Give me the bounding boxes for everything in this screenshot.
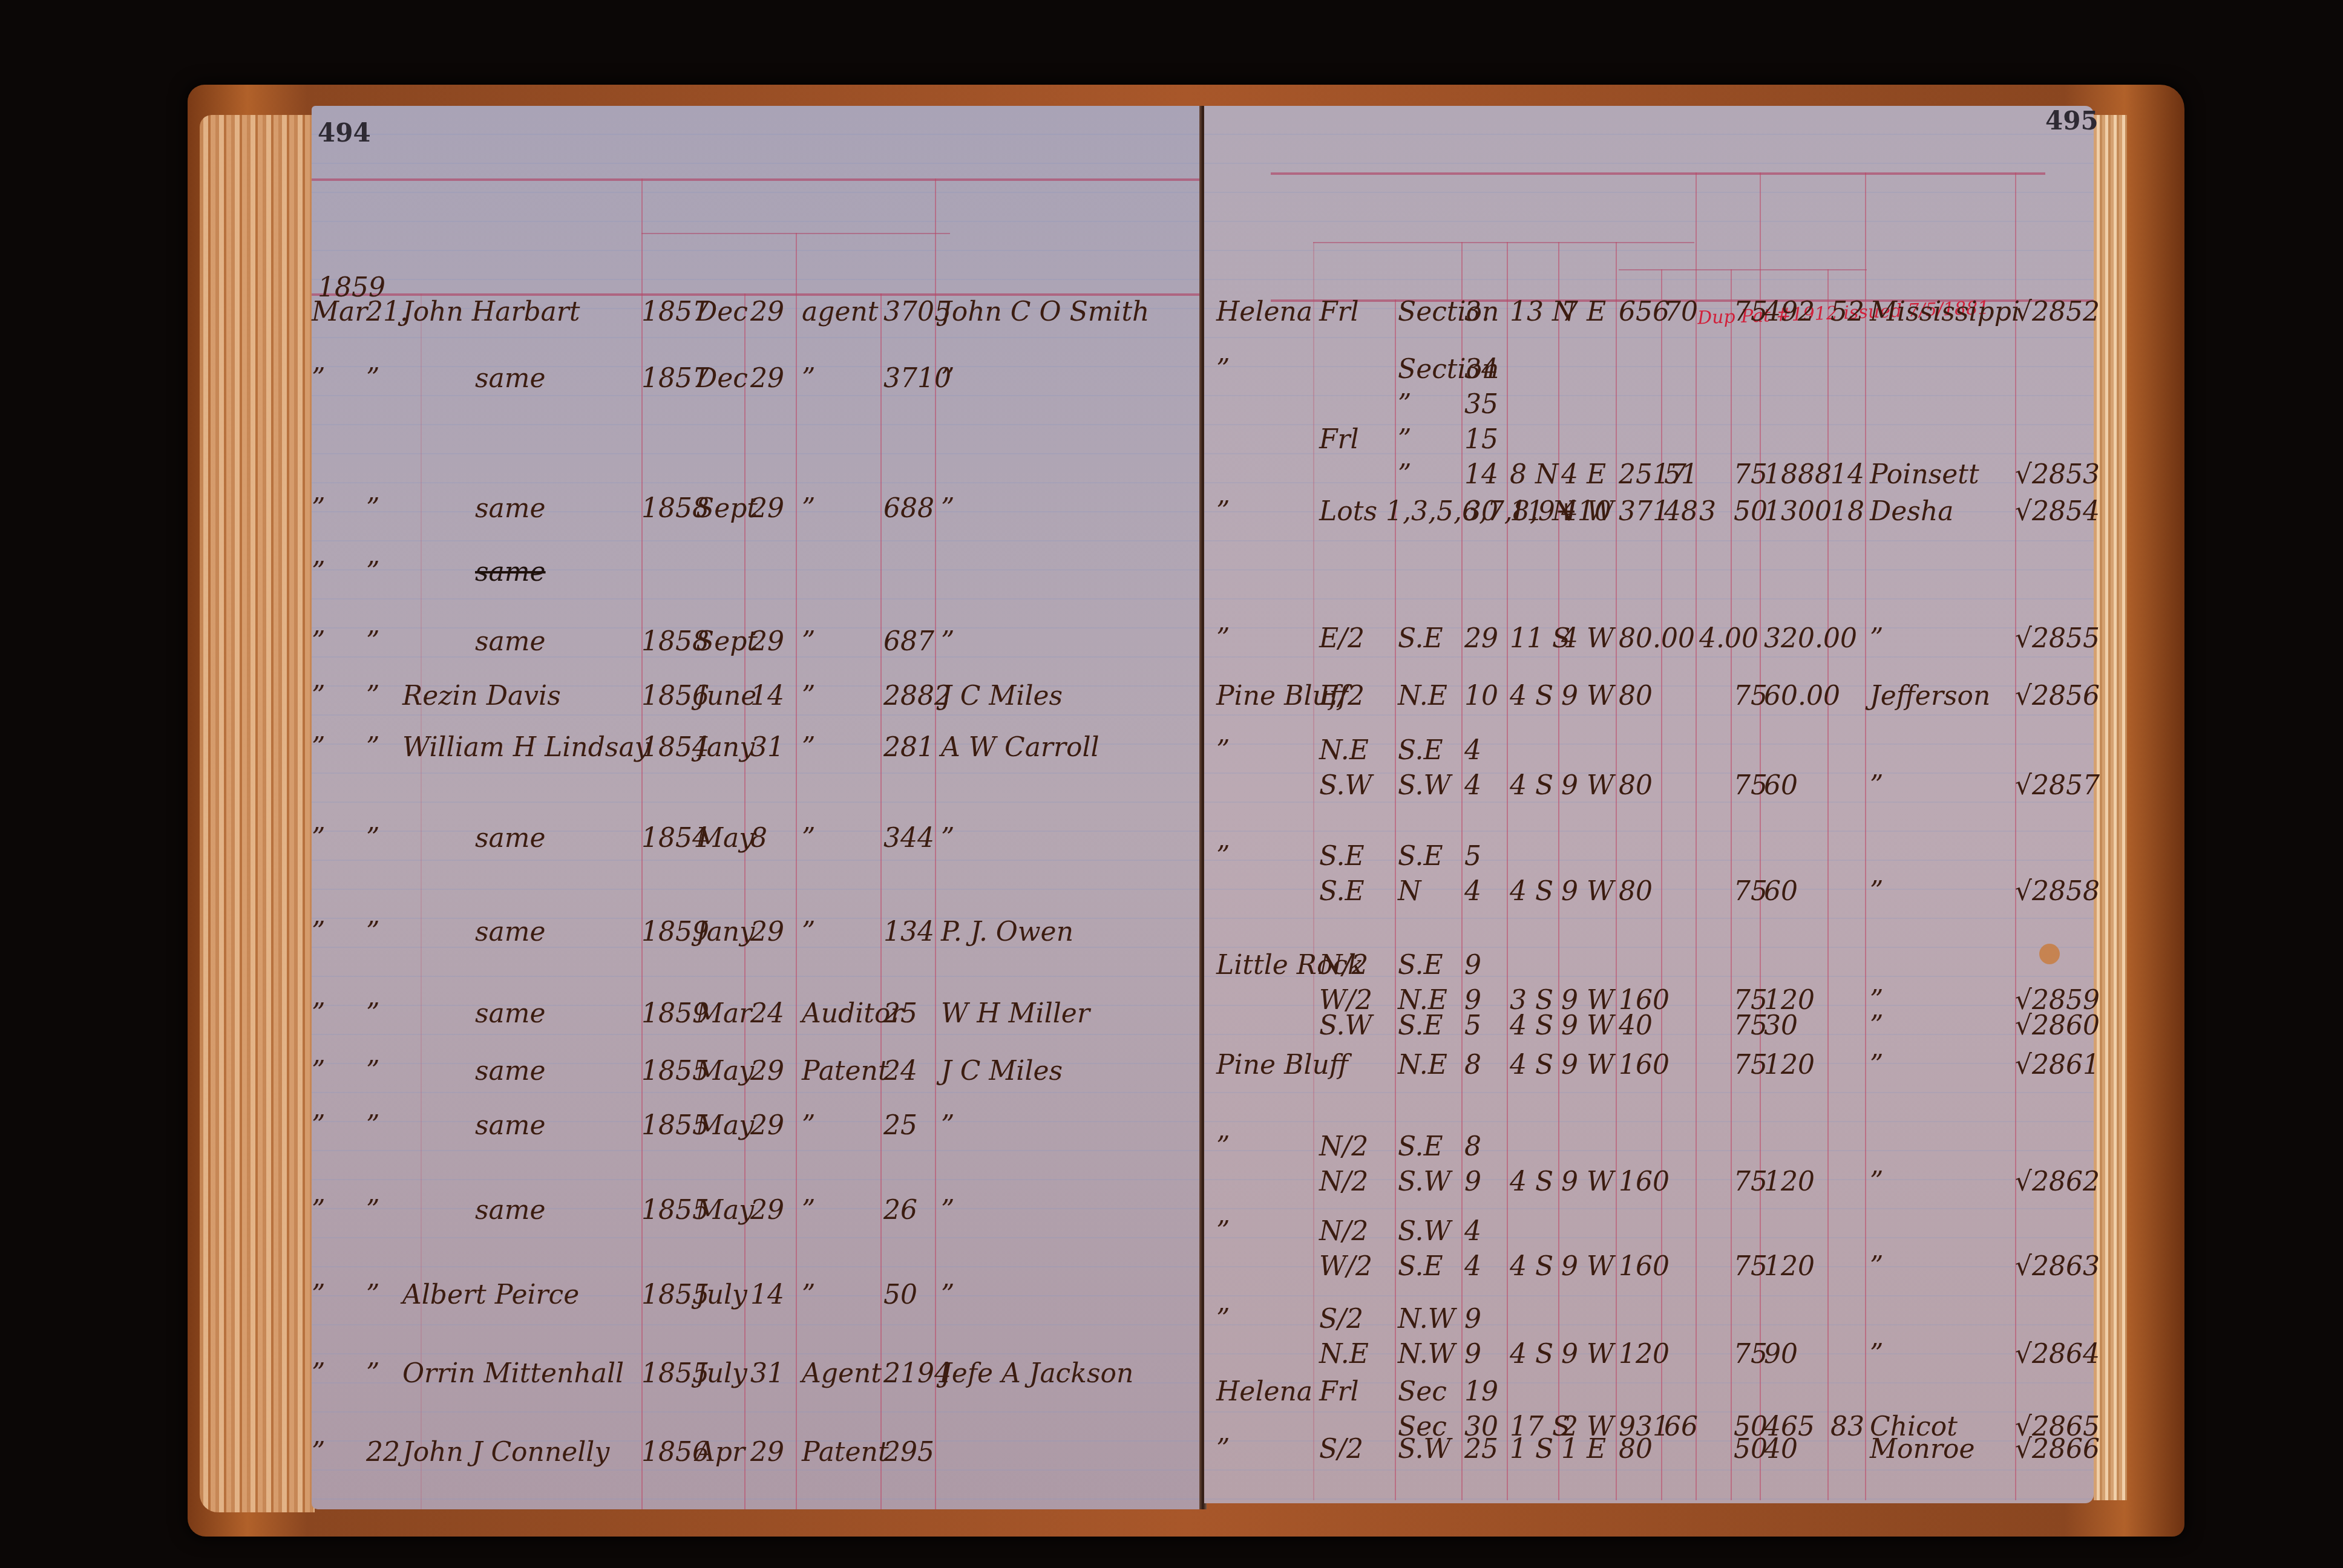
entry-name: same xyxy=(475,363,546,394)
entry-month: ” xyxy=(312,1110,326,1141)
entry-day: ” xyxy=(366,916,380,947)
entry-number: 26 xyxy=(883,1195,917,1226)
section-number: 9 xyxy=(1464,1339,1481,1370)
section-number: 14 xyxy=(1464,459,1498,490)
entry-day: ” xyxy=(366,823,380,854)
acres-hundredths: 70 xyxy=(1664,296,1698,327)
acres: 656 xyxy=(1619,296,1670,327)
column-rule xyxy=(1827,269,1829,1500)
entry-office: agent xyxy=(802,296,878,327)
township: 4 S xyxy=(1510,876,1553,907)
amount-cents: 52 xyxy=(1830,296,1864,327)
entry-date-month: Sept xyxy=(696,493,758,524)
land-office: ” xyxy=(1216,841,1230,872)
entry-office: Agent xyxy=(802,1358,882,1389)
entry-office: ” xyxy=(802,916,816,947)
county: Mississippi xyxy=(1870,296,2020,327)
entry-day: ” xyxy=(366,1195,380,1226)
column-rule xyxy=(1507,242,1508,1500)
county: ” xyxy=(1870,1166,1884,1197)
section-number: 29 xyxy=(1464,623,1498,654)
header-rule-top xyxy=(1271,172,2045,175)
certificate-number: √2854 xyxy=(2015,496,2100,527)
column-rule xyxy=(744,293,745,1509)
land-office: ” xyxy=(1216,1216,1230,1247)
township: 4 S xyxy=(1510,681,1553,711)
entry-name: same xyxy=(475,1110,546,1141)
entry-month: Mar xyxy=(312,296,367,327)
entry-date-day: 29 xyxy=(750,1437,784,1468)
range: 9 W xyxy=(1561,1050,1614,1080)
entry-name: same xyxy=(475,823,546,854)
entry-office: ” xyxy=(802,1279,816,1310)
rate-cents: 50 xyxy=(1734,1434,1768,1465)
county: ” xyxy=(1870,876,1884,907)
entry-day: ” xyxy=(366,681,380,711)
entry-number: 25 xyxy=(883,1110,917,1141)
entry-name: John J Connelly xyxy=(402,1437,609,1468)
acres: 160 xyxy=(1619,1166,1670,1197)
land-office: ” xyxy=(1216,735,1230,766)
range: 7 E xyxy=(1561,296,1606,327)
certificate-number: √2863 xyxy=(2015,1251,2100,1282)
entry-number: 134 xyxy=(883,916,934,947)
entry-month: ” xyxy=(312,557,326,587)
rate-cents: 75 xyxy=(1734,1010,1768,1041)
entry-name: same xyxy=(475,916,546,947)
column-rule xyxy=(1696,172,1697,1500)
entry-month: ” xyxy=(312,1056,326,1086)
entry-number: 50 xyxy=(883,1279,917,1310)
entry-name: Rezin Davis xyxy=(402,681,561,711)
amount: 30 xyxy=(1764,1010,1798,1041)
entry-name: same xyxy=(475,557,546,587)
column-rule xyxy=(880,293,882,1509)
amount-cents: 18 xyxy=(1830,496,1864,527)
aliquot-part: N.E xyxy=(1319,1339,1369,1370)
county: ” xyxy=(1870,623,1884,654)
entry-date-day: 29 xyxy=(750,1056,784,1086)
aliquot-part: N/2 xyxy=(1319,1166,1368,1197)
entry-assignee: ” xyxy=(941,626,955,657)
entry-assignee: ” xyxy=(941,363,955,394)
header-rule-bottom xyxy=(312,293,1201,296)
acres: 40 xyxy=(1619,1010,1653,1041)
entry-assignee: J C Miles xyxy=(941,681,1063,711)
township: 4 S xyxy=(1510,770,1553,801)
land-office: Helena xyxy=(1216,296,1312,327)
entry-day: ” xyxy=(366,626,380,657)
column-rule xyxy=(2015,172,2016,1500)
left-page: 494 1859Mar21.John Harbart1857Dec29agent… xyxy=(312,106,1201,1509)
rate-cents: 75 xyxy=(1734,1251,1768,1282)
township: 4 S xyxy=(1510,1339,1553,1370)
rate-cents: 75 xyxy=(1734,876,1768,907)
amount: 40 xyxy=(1764,1434,1798,1465)
aliquot-part: W/2 xyxy=(1319,1251,1372,1282)
stain-spot xyxy=(2039,944,2060,964)
county: Poinsett xyxy=(1870,459,1979,490)
section-number: 8 xyxy=(1464,1050,1481,1080)
entry-date-day: 29 xyxy=(750,626,784,657)
certificate-number: √2856 xyxy=(2015,681,2100,711)
range: 9 W xyxy=(1561,1010,1614,1041)
entry-day: ” xyxy=(366,998,380,1029)
certificate-number: √2866 xyxy=(2015,1434,2100,1465)
land-office: ” xyxy=(1216,496,1230,527)
section-number: 9 xyxy=(1464,1304,1481,1334)
entry-month: ” xyxy=(312,1437,326,1468)
aliquot-part: Frl xyxy=(1319,296,1359,327)
aliquot-part: S.E xyxy=(1319,841,1365,872)
entry-name: same xyxy=(475,493,546,524)
page-number-left: 494 xyxy=(318,118,371,148)
certificate-number: √2860 xyxy=(2015,1010,2100,1041)
township: 1 S xyxy=(1510,1434,1553,1465)
entry-name: same xyxy=(475,998,546,1029)
entry-date-month: May xyxy=(696,1110,754,1141)
entry-date-day: 24 xyxy=(750,998,784,1029)
entry-name: same xyxy=(475,1056,546,1086)
entry-date-month: June xyxy=(696,681,756,711)
rate-cents: 75 xyxy=(1734,770,1768,801)
entry-date-month: July xyxy=(696,1279,747,1310)
rate-cents: 75 xyxy=(1734,459,1768,490)
range: 9 W xyxy=(1561,681,1614,711)
entry-office: ” xyxy=(802,1195,816,1226)
entry-number: 24 xyxy=(883,1056,917,1086)
amount-cents: 14 xyxy=(1830,459,1864,490)
section-number: 4 xyxy=(1464,1216,1481,1247)
range: 4 W xyxy=(1561,623,1614,654)
section-division: N.E xyxy=(1398,1050,1447,1080)
entry-assignee: ” xyxy=(941,493,955,524)
county: ” xyxy=(1870,1339,1884,1370)
county: ” xyxy=(1870,1251,1884,1282)
amount: 492 xyxy=(1764,296,1815,327)
entry-date-day: 29 xyxy=(750,363,784,394)
section-division: S.E xyxy=(1398,623,1443,654)
acres: 80.00 xyxy=(1619,623,1695,654)
entry-date-day: 14 xyxy=(750,1279,784,1310)
township: 4 S xyxy=(1510,1050,1553,1080)
entry-office: ” xyxy=(802,823,816,854)
entry-office: ” xyxy=(802,1110,816,1141)
entry-date-month: Dec xyxy=(696,296,748,327)
range: 9 W xyxy=(1561,876,1614,907)
section-division: ” xyxy=(1398,424,1412,455)
entry-month: ” xyxy=(312,1358,326,1389)
entry-office: ” xyxy=(802,732,816,763)
certificate-number: √2853 xyxy=(2015,459,2100,490)
acres: 80 xyxy=(1619,876,1653,907)
range: 9 W xyxy=(1561,1339,1614,1370)
certificate-number: √2864 xyxy=(2015,1339,2100,1370)
section-division: Sec xyxy=(1398,1376,1447,1407)
acres-hundredths: 51 xyxy=(1664,459,1698,490)
rate-cents: 75 xyxy=(1734,1050,1768,1080)
column-rule xyxy=(1395,299,1396,1500)
entry-month: ” xyxy=(312,363,326,394)
entry-date-day: 31 xyxy=(750,732,784,763)
section-number: 5 xyxy=(1464,841,1481,872)
section-division: S.E xyxy=(1398,841,1443,872)
entry-date-day: 29 xyxy=(750,493,784,524)
entry-date-month: May xyxy=(696,1195,754,1226)
section-number: 15 xyxy=(1464,424,1498,455)
township: 4 S xyxy=(1510,1010,1553,1041)
range: 4 E xyxy=(1561,459,1606,490)
right-page: 495 Dup Pat #1912 issued 7/5/1881 Helena… xyxy=(1204,106,2094,1503)
acres: 80 xyxy=(1619,770,1653,801)
county: Monroe xyxy=(1870,1434,1974,1465)
section-number: 25 xyxy=(1464,1434,1498,1465)
section-number: 10 xyxy=(1464,681,1498,711)
aliquot-part: N.E xyxy=(1319,735,1369,766)
rate-cents: 75 xyxy=(1734,1339,1768,1370)
certificate-number: √2862 xyxy=(2015,1166,2100,1197)
entry-month: ” xyxy=(312,1195,326,1226)
section-number: 35 xyxy=(1464,389,1498,420)
section-division: S.W xyxy=(1398,1434,1451,1465)
aliquot-part: S/2 xyxy=(1319,1304,1363,1334)
entry-name: Albert Peirce xyxy=(402,1279,579,1310)
rate-cents: 75 xyxy=(1734,296,1768,327)
entry-assignee: ” xyxy=(941,1195,955,1226)
entry-date-month: May xyxy=(696,1056,754,1086)
acres: 80 xyxy=(1619,681,1653,711)
aliquot-part: E/2 xyxy=(1319,623,1365,654)
section-division: S.W xyxy=(1398,1166,1451,1197)
entry-month: ” xyxy=(312,626,326,657)
aliquot-part: S/2 xyxy=(1319,1434,1363,1465)
acres: 160 xyxy=(1619,1050,1670,1080)
section-division: S.E xyxy=(1398,950,1443,981)
entry-assignee: Jefe A Jackson xyxy=(941,1358,1133,1389)
entry-month: ” xyxy=(312,998,326,1029)
amount: 1300 xyxy=(1764,496,1832,527)
land-office: Helena xyxy=(1216,1376,1312,1407)
land-office: Pine Bluff xyxy=(1216,1050,1348,1080)
certificate-number: √2852 xyxy=(2015,296,2100,327)
column-rule xyxy=(796,233,797,1509)
entry-date-day: 29 xyxy=(750,916,784,947)
aliquot-part: Frl xyxy=(1319,1376,1359,1407)
entry-office: Patent xyxy=(802,1437,889,1468)
entry-office: Patent xyxy=(802,1056,889,1086)
section-number: 34 xyxy=(1464,354,1498,385)
entry-day: ” xyxy=(366,1056,380,1086)
section-division: ” xyxy=(1398,389,1412,420)
section-number: 3. xyxy=(1464,296,1490,327)
section-number: 9 xyxy=(1464,950,1481,981)
section-division: S.W xyxy=(1398,1216,1451,1247)
section-division: ” xyxy=(1398,459,1412,490)
aliquot-part: S.W xyxy=(1319,770,1372,801)
entry-month: ” xyxy=(312,916,326,947)
entry-name: William H Lindsay xyxy=(402,732,650,763)
entry-day: ” xyxy=(366,1110,380,1141)
entry-date-month: Jany xyxy=(696,732,755,763)
entry-assignee: J C Miles xyxy=(941,1056,1063,1086)
entry-number: 688 xyxy=(883,493,934,524)
township: 4 S xyxy=(1510,1166,1553,1197)
township: 4 S xyxy=(1510,1251,1553,1282)
header-rule-mid xyxy=(1313,242,1694,243)
entry-assignee: ” xyxy=(941,1279,955,1310)
entry-number: 25 xyxy=(883,998,917,1029)
range: 4 W xyxy=(1561,496,1614,527)
section-number: 4 xyxy=(1464,735,1481,766)
entry-assignee: W H Miller xyxy=(941,998,1090,1029)
entry-month: ” xyxy=(312,823,326,854)
amount: 120 xyxy=(1764,1251,1815,1282)
section-division: S.W xyxy=(1398,770,1451,801)
column-rule xyxy=(1313,242,1314,1500)
section-division: S.E xyxy=(1398,1131,1443,1162)
aliquot-part: E/2 xyxy=(1319,681,1365,711)
entry-day: ” xyxy=(366,557,380,587)
entry-date-month: Jany xyxy=(696,916,755,947)
rate-dollars: 4.00 xyxy=(1699,623,1758,654)
page-number-right: 495 xyxy=(2045,106,2099,136)
entry-day: 22 xyxy=(366,1437,400,1468)
section-number: 8 xyxy=(1464,1131,1481,1162)
entry-day: ” xyxy=(366,1358,380,1389)
rate-cents: 50 xyxy=(1734,496,1768,527)
entry-date-day: 14 xyxy=(750,681,784,711)
column-rule xyxy=(421,293,422,1509)
column-rule xyxy=(1661,269,1662,1500)
entry-date-month: May xyxy=(696,823,754,854)
section-number: 5 xyxy=(1464,1010,1481,1041)
acres-hundredths: 66 xyxy=(1664,1411,1698,1442)
amount: 120 xyxy=(1764,1166,1815,1197)
entry-day: ” xyxy=(366,1279,380,1310)
column-rule xyxy=(1616,242,1617,1500)
section-division: N xyxy=(1398,876,1421,907)
certificate-number: √2857 xyxy=(2015,770,2100,801)
entry-name: same xyxy=(475,626,546,657)
acres: 371 xyxy=(1619,496,1670,527)
range: 9 W xyxy=(1561,1251,1614,1282)
county: ” xyxy=(1870,1050,1884,1080)
section-number: 30 xyxy=(1464,496,1498,527)
entry-month: ” xyxy=(312,1279,326,1310)
column-rule xyxy=(1865,172,1866,1500)
aliquot-part: S.E xyxy=(1319,876,1365,907)
entry-number: 687 xyxy=(883,626,934,657)
amount: 120 xyxy=(1764,1050,1815,1080)
range: 9 W xyxy=(1561,1166,1614,1197)
section-number: 4 xyxy=(1464,876,1481,907)
entry-name: Orrin Mittenhall xyxy=(402,1358,624,1389)
aliquot-part: N/2 xyxy=(1319,1131,1368,1162)
amount: 320.00 xyxy=(1764,623,1857,654)
entry-month: ” xyxy=(312,493,326,524)
entry-day: ” xyxy=(366,493,380,524)
entry-date-month: Sept xyxy=(696,626,758,657)
acres: 160 xyxy=(1619,1251,1670,1282)
entry-assignee: John C O Smith xyxy=(941,296,1149,327)
entry-office: ” xyxy=(802,626,816,657)
entry-name: same xyxy=(475,1195,546,1226)
amount: 1888 xyxy=(1764,459,1832,490)
county: Desha xyxy=(1870,496,1953,527)
aliquot-part: N/2 xyxy=(1319,950,1368,981)
aliquot-part: N/2 xyxy=(1319,1216,1368,1247)
certificate-number: √2861 xyxy=(2015,1050,2100,1080)
column-rule xyxy=(1760,172,1761,1500)
entry-date-month: Dec xyxy=(696,363,748,394)
acres: 120 xyxy=(1619,1339,1670,1370)
entry-day: ” xyxy=(366,363,380,394)
section-division: N.E xyxy=(1398,681,1447,711)
rate-dollars: 3 xyxy=(1699,496,1716,527)
section-number: 4 xyxy=(1464,770,1481,801)
section-number: 19 xyxy=(1464,1376,1498,1407)
land-office: ” xyxy=(1216,1434,1230,1465)
acres: 80 xyxy=(1619,1434,1653,1465)
entry-date-month: July xyxy=(696,1358,747,1389)
entry-day: ” xyxy=(366,732,380,763)
range: 9 W xyxy=(1561,770,1614,801)
section-number: 4 xyxy=(1464,1251,1481,1282)
entry-date-month: Mar xyxy=(696,998,752,1029)
entry-date-day: 31 xyxy=(750,1358,784,1389)
amount: 60.00 xyxy=(1764,681,1840,711)
aliquot-part: S.W xyxy=(1319,1010,1372,1041)
amount: 60 xyxy=(1764,876,1798,907)
entry-assignee: ” xyxy=(941,823,955,854)
certificate-number: √2855 xyxy=(2015,623,2100,654)
rate-cents: 75 xyxy=(1734,1166,1768,1197)
entry-assignee: ” xyxy=(941,1110,955,1141)
entry-name: John Harbart xyxy=(402,296,580,327)
certificate-number: √2858 xyxy=(2015,876,2100,907)
land-office: ” xyxy=(1216,1131,1230,1162)
entry-date-day: 29 xyxy=(750,1110,784,1141)
rate-cents: 75 xyxy=(1734,681,1768,711)
entry-office: ” xyxy=(802,681,816,711)
entry-assignee: A W Carroll xyxy=(941,732,1099,763)
land-office: ” xyxy=(1216,1304,1230,1334)
entry-date-day: 29 xyxy=(750,296,784,327)
entry-number: 281 xyxy=(883,732,934,763)
land-office: ” xyxy=(1216,623,1230,654)
section-division: S.E xyxy=(1398,735,1443,766)
entry-office: ” xyxy=(802,363,816,394)
aliquot-part: Frl xyxy=(1319,424,1359,455)
range: 1 E xyxy=(1561,1434,1606,1465)
entry-month: ” xyxy=(312,681,326,711)
entry-number: 295 xyxy=(883,1437,934,1468)
entry-number: 344 xyxy=(883,823,934,854)
land-office: ” xyxy=(1216,354,1230,385)
section-division: N.W xyxy=(1398,1339,1455,1370)
county: ” xyxy=(1870,1010,1884,1041)
entry-date-month: Apr xyxy=(696,1437,745,1468)
entry-date-day: 29 xyxy=(750,1195,784,1226)
entry-office: ” xyxy=(802,493,816,524)
section-division: S.E xyxy=(1398,1010,1443,1041)
amount-cents: 83 xyxy=(1830,1411,1864,1442)
left-page-stack-edge xyxy=(200,115,315,1512)
acres-hundredths: 48 xyxy=(1664,496,1698,527)
column-rule xyxy=(1558,242,1559,1500)
township: 8 N xyxy=(1510,459,1558,490)
amount: 90 xyxy=(1764,1339,1798,1370)
